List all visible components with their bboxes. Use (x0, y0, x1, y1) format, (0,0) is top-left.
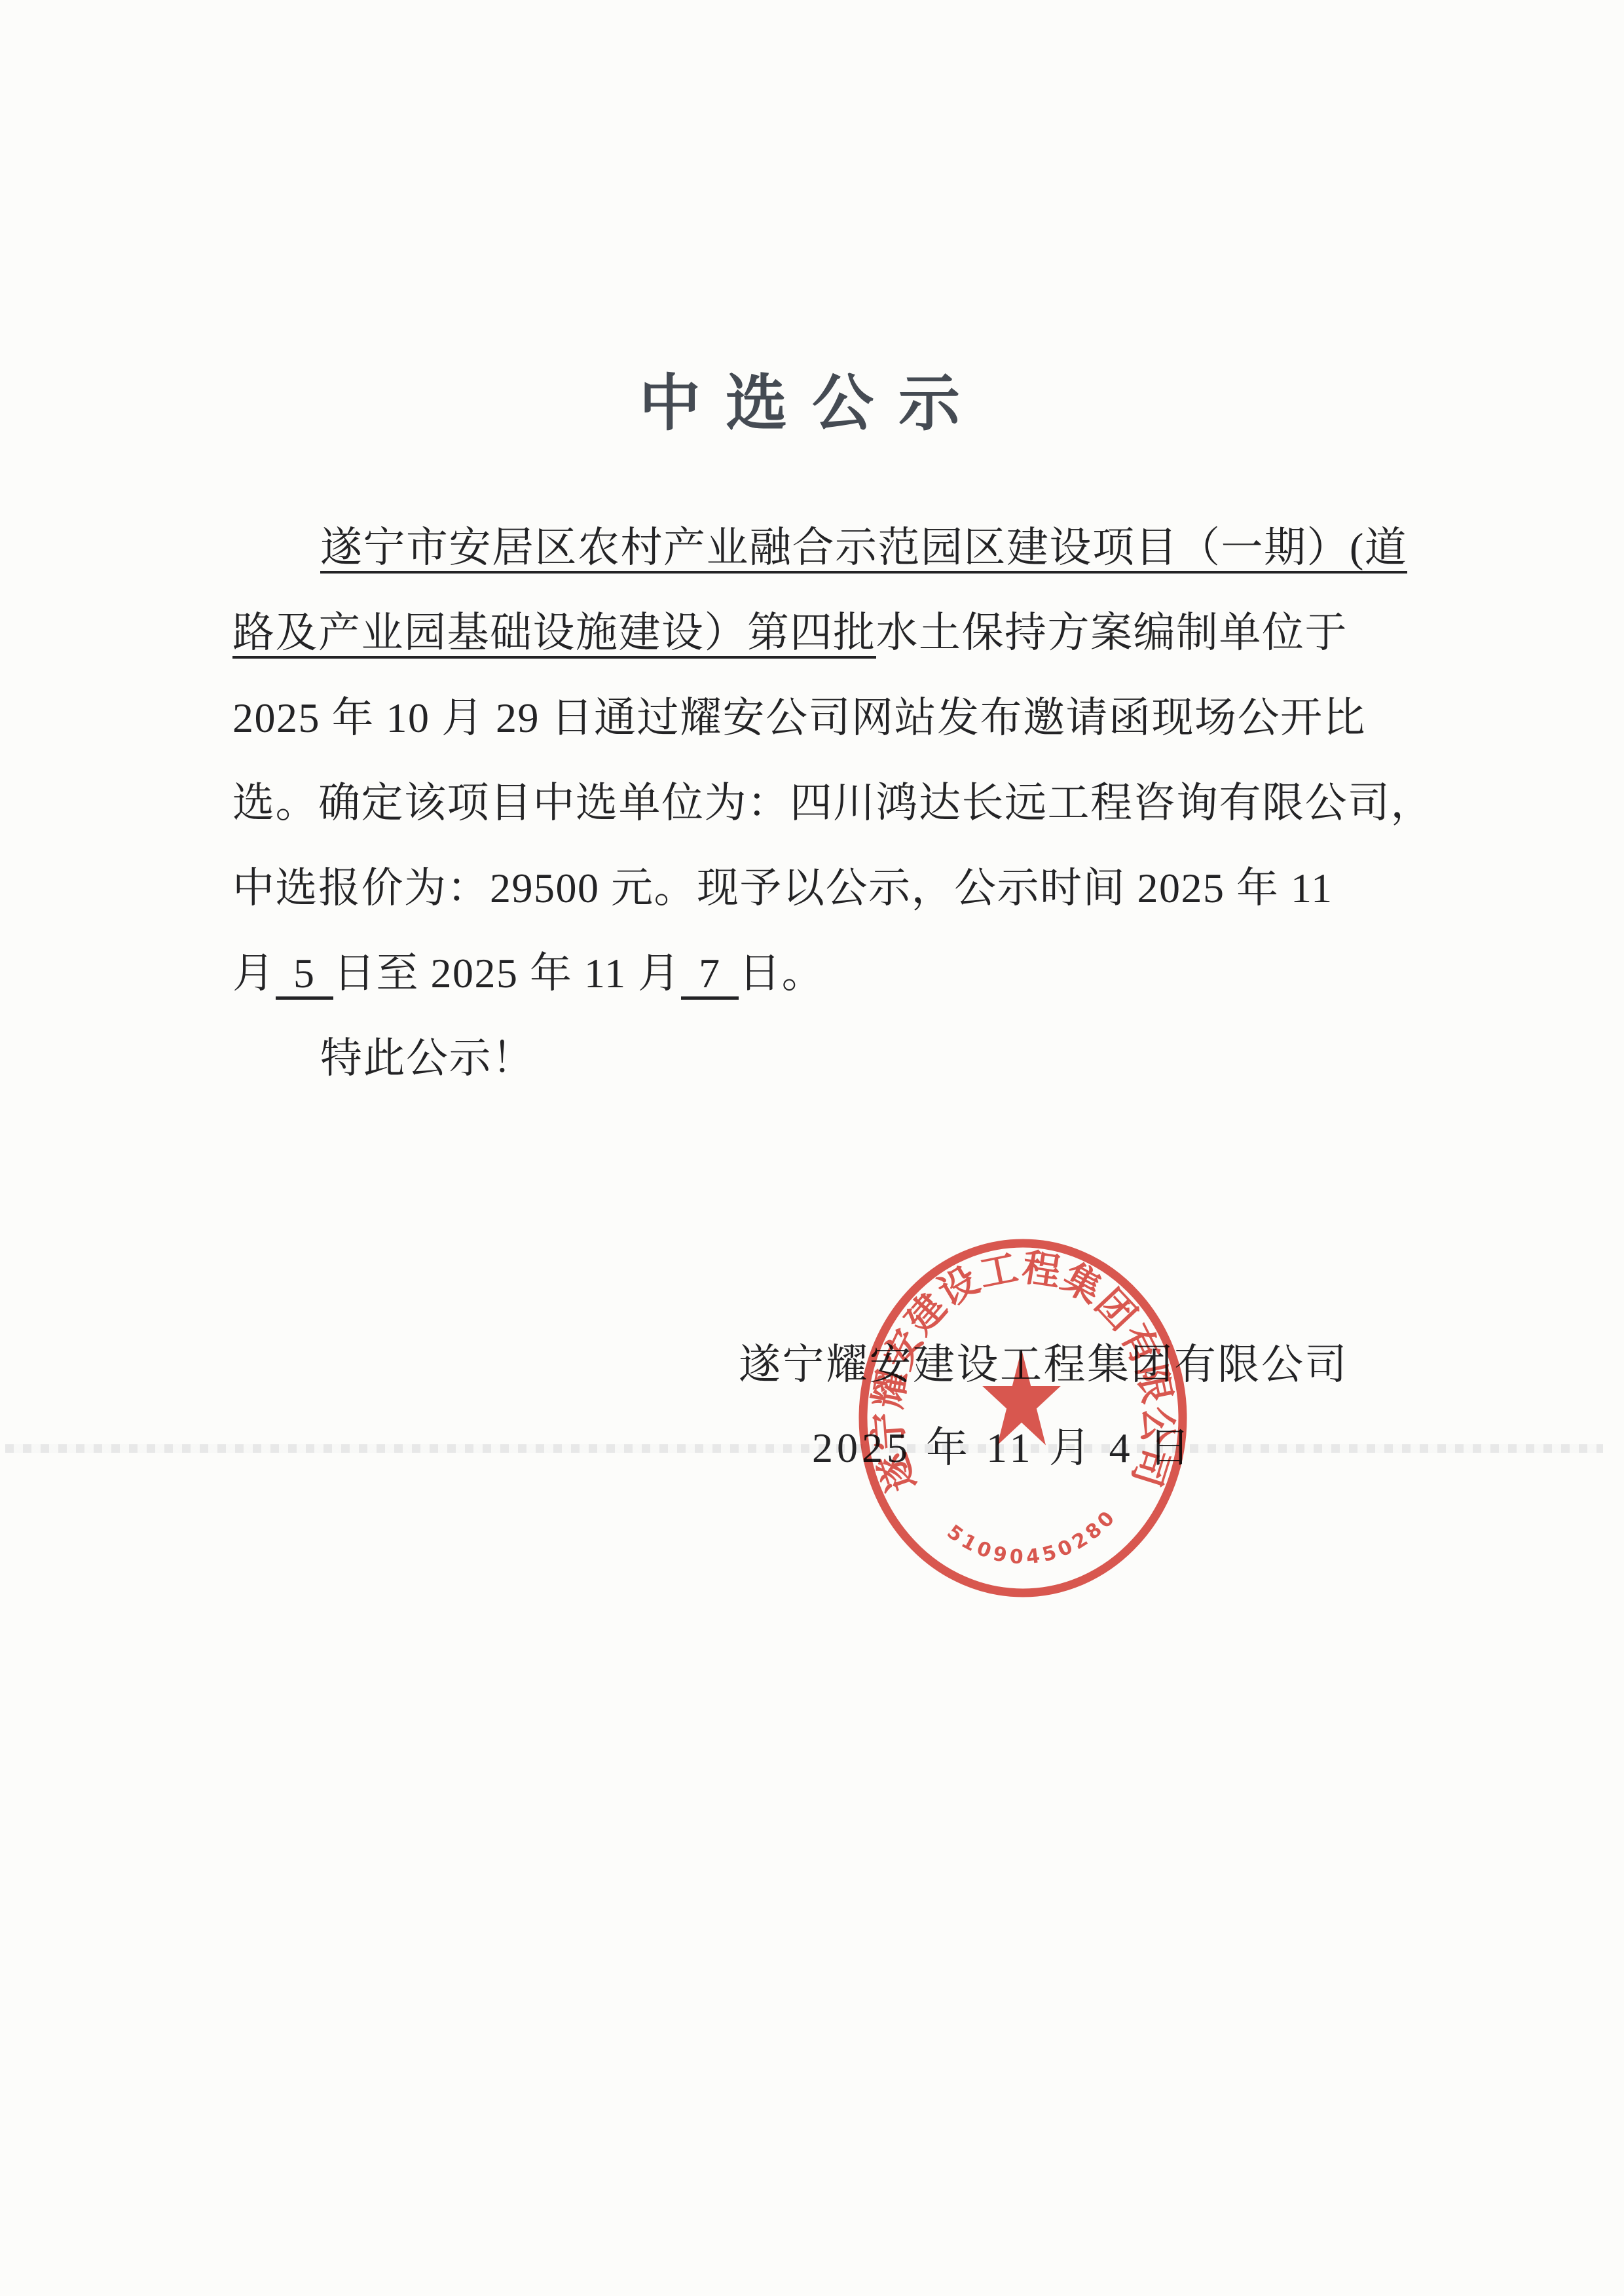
scanned-document-page: 中选公示 遂宁市安居区农村产业融合示范园区建设项目（一期）(道 路及产业园基础设… (0, 0, 1624, 2296)
body-line-2: 路及产业园基础设施建设）第四批水土保持方案编制单位于 (232, 591, 1418, 676)
project-name-underlined-2: 路及产业园基础设施建设）第四批 (232, 610, 876, 659)
body-line-2-rest: 水土保持方案编制单位于 (876, 610, 1348, 656)
end-day-underlined: 7 (681, 950, 739, 1000)
scan-artifact-line (5, 1444, 1603, 1453)
company-seal-stamp: 遂宁耀安建设工程集团有限公司 5109045028026 (833, 1215, 1213, 1621)
project-name-underlined-1: 遂宁市安居区农村产业融合示范园区建设项目（一期）(道 (320, 524, 1407, 574)
start-day-underlined: 5 (276, 950, 334, 1000)
seal-star (982, 1349, 1061, 1446)
line6-middle: 日至 2025 年 11 月 (333, 950, 681, 996)
body-paragraph: 遂宁市安居区农村产业融合示范园区建设项目（一期）(道 路及产业园基础设施建设）第… (232, 505, 1418, 1101)
line6-prefix: 月 (232, 950, 276, 996)
body-line-4: 选。确定该项目中选单位为：四川鸿达长远工程咨询有限公司， (232, 761, 1418, 846)
body-line-1: 遂宁市安居区农村产业融合示范园区建设项目（一期）(道 (232, 505, 1418, 591)
body-line-5: 中选报价为：29500 元。现予以公示，公示时间 2025 年 11 (232, 846, 1418, 931)
closing-line: 特此公示！ (232, 1016, 1418, 1101)
line6-suffix: 日。 (739, 950, 824, 996)
document-title: 中选公示 (0, 354, 1624, 442)
body-line-6: 月 5 日至 2025 年 11 月 7 日。 (232, 931, 1418, 1016)
body-line-3: 2025 年 10 月 29 日通过耀安公司网站发布邀请函现场公开比 (232, 676, 1418, 761)
